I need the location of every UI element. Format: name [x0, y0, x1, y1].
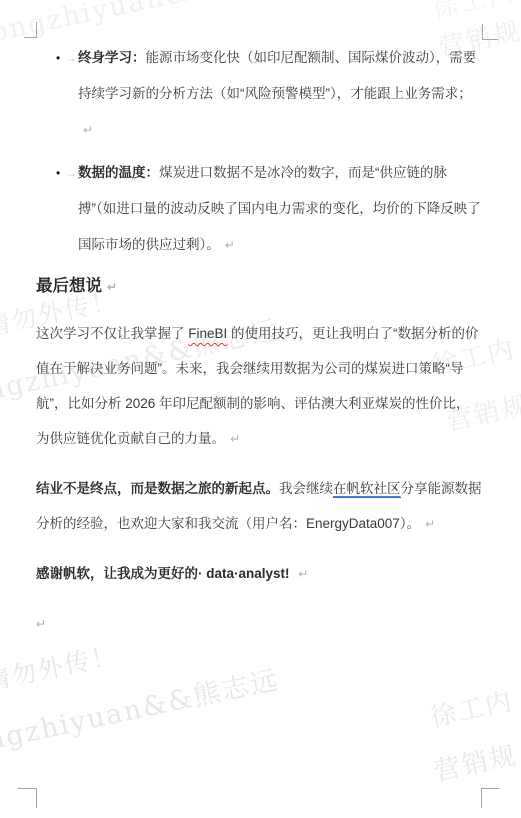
watermark-text: 徐工内: [428, 688, 516, 733]
paragraph-mark-icon: ↵: [425, 517, 435, 531]
tab-arrow-icon: →: [65, 40, 77, 76]
margin-crop-mark-bottom-right: [481, 788, 499, 808]
section-heading-text: 最后想说: [36, 277, 102, 295]
community-hyperlink[interactable]: 在帆软社区: [333, 481, 401, 498]
margin-crop-mark-top-right: [482, 24, 498, 40]
paragraph: 结业不是终点，而是数据之旅的新起点。我会继续在帆软社区分享能源数据分析的经验，也…: [36, 471, 482, 542]
bullet-label: 数据的温度：: [78, 165, 159, 180]
paragraph-text: 这次学习不仅让我掌握了: [36, 326, 188, 341]
document-page: ongzhiyuan&&熊志远徐工内营销规请勿外传！ongzhiyuan&&熊志…: [0, 0, 521, 818]
spellcheck-flagged-word: FineBI: [188, 326, 227, 341]
empty-paragraph: ↵: [36, 606, 482, 642]
paragraph: 这次学习不仅让我掌握了 FineBI 的使用技巧，更让我明白了“数据分析的价值在…: [36, 316, 482, 457]
bullet-list: • → 终身学习：能源市场变化快（如印尼配额制、国际煤价波动），需要持续学习新的…: [36, 40, 482, 263]
margin-crop-mark-bottom-left: [18, 788, 37, 808]
paragraph-text: 我会继续: [279, 481, 333, 496]
paragraph: 感谢帆软，让我成为更好的· data·analyst! ↵: [36, 556, 482, 592]
document-body: • → 终身学习：能源市场变化快（如印尼配额制、国际煤价波动），需要持续学习新的…: [36, 0, 482, 642]
bullet-label: 终身学习：: [78, 50, 146, 65]
list-item: • → 终身学习：能源市场变化快（如印尼配额制、国际煤价波动），需要持续学习新的…: [36, 40, 482, 148]
watermark-text: 请勿外传！: [0, 641, 120, 696]
paragraph-mark-icon: ↵: [225, 238, 235, 252]
paragraph-mark-icon: ↵: [298, 567, 308, 581]
tab-arrow-icon: →: [65, 155, 77, 191]
paragraph-mark-icon: ↵: [83, 123, 93, 137]
paragraph-mark-icon: ↵: [36, 617, 46, 631]
bullet-icon: •: [56, 155, 60, 191]
watermark-text: ongzhiyuan&&熊志远: [0, 665, 282, 760]
paragraph-bold-text: 感谢帆软，让我成为更好的· data·analyst!: [36, 566, 293, 581]
watermark-text: 营销规: [432, 742, 520, 787]
paragraph-bold-text: 结业不是终点，而是数据之旅的新起点。: [36, 481, 279, 496]
bullet-icon: •: [56, 40, 60, 76]
section-heading: 最后想说↵: [36, 273, 482, 300]
paragraph-mark-icon: ↵: [230, 432, 240, 446]
paragraph-mark-icon: ↵: [107, 280, 117, 294]
list-item: • → 数据的温度：煤炭进口数据不是冰冷的数字，而是“供应链的脉搏”（如进口量的…: [36, 155, 482, 263]
paragraph-text: 的使用技巧，更让我明白了“数据分析的价值在于解决业务问题”。未来，我会继续用数据…: [36, 326, 479, 446]
